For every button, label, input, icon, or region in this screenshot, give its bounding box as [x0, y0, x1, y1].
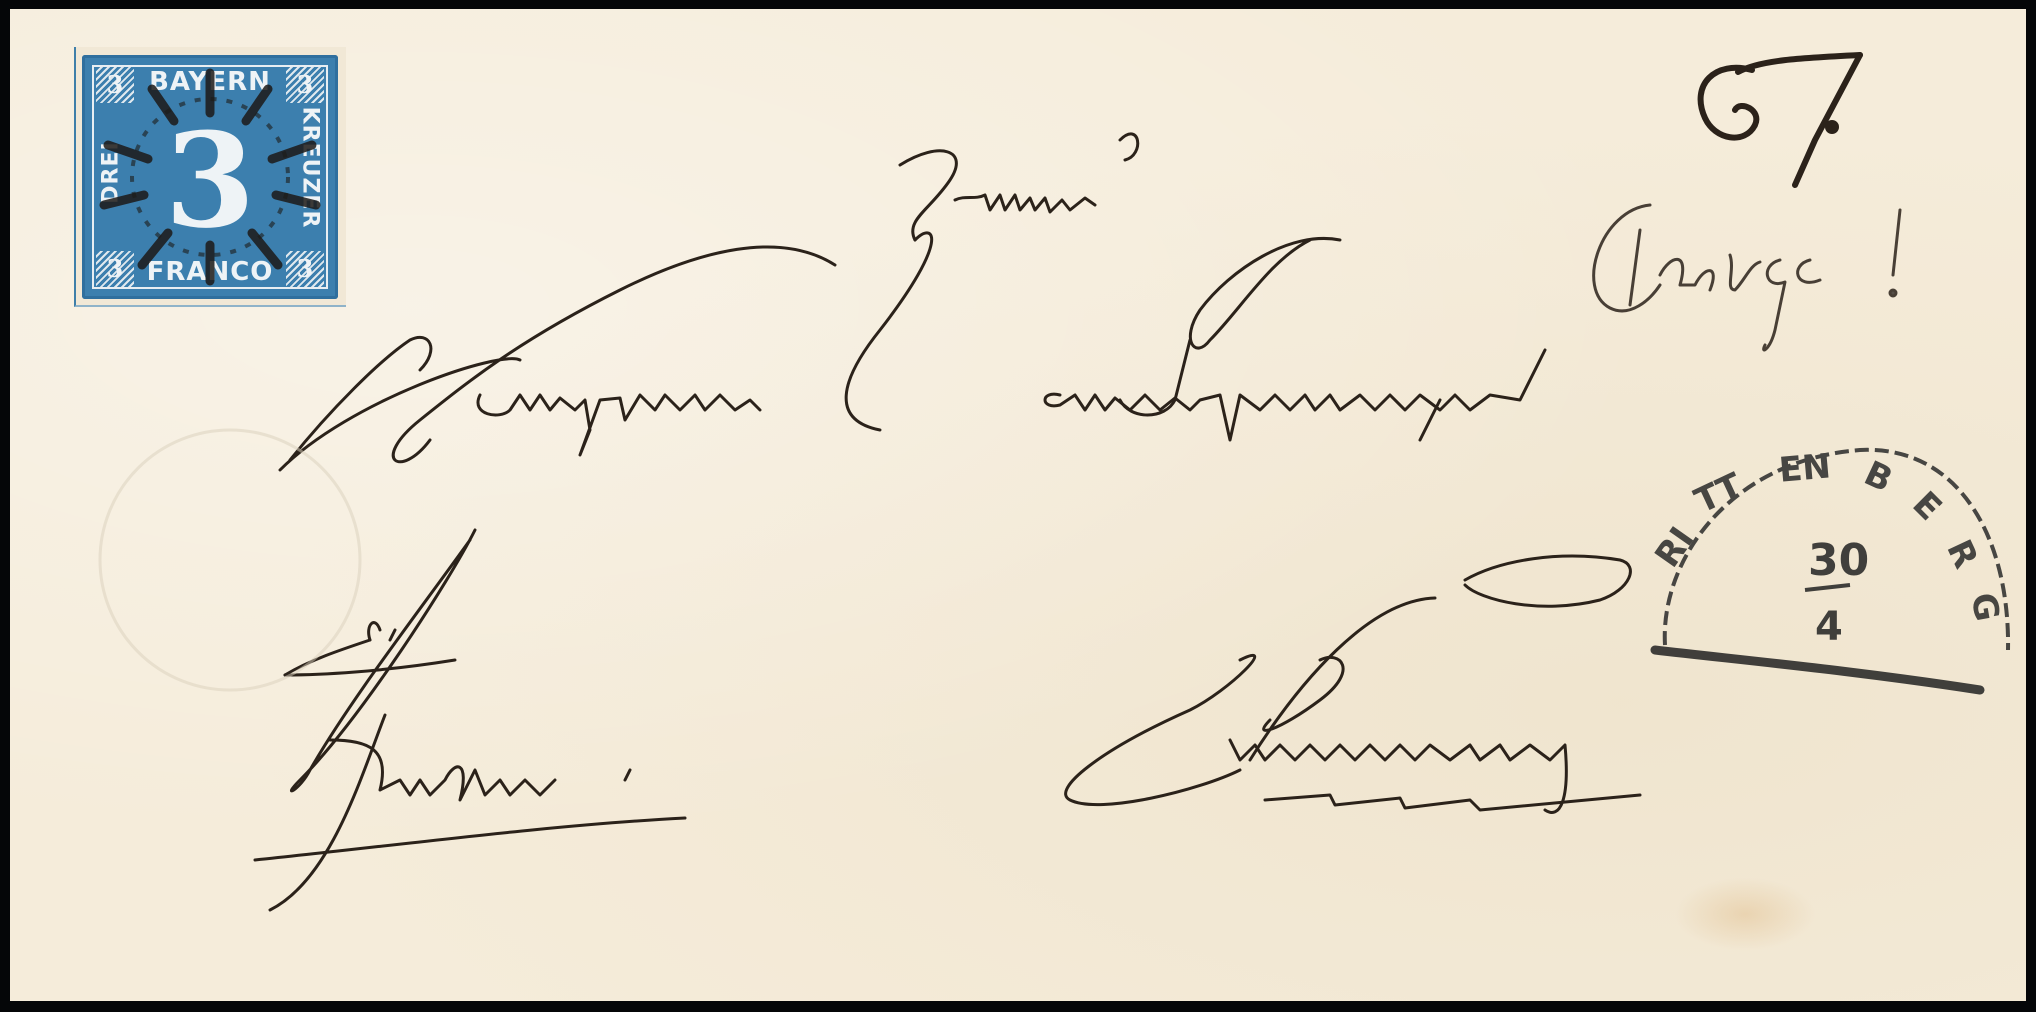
svg-text:4: 4	[1815, 604, 1843, 650]
svg-text:TT: TT	[1689, 465, 1749, 522]
svg-text:30: 30	[1808, 535, 1869, 586]
svg-text:R: R	[1938, 534, 1985, 575]
svg-text:E: E	[1904, 484, 1949, 529]
zum-handwriting-icon	[846, 134, 1138, 430]
landgerichte-handwriting-icon	[1045, 238, 1545, 440]
handwriting-overlay: RI TT EN B E R G 30 4	[0, 0, 2036, 1012]
svg-text:B: B	[1858, 453, 1898, 500]
koniglichen-handwriting-icon	[280, 247, 835, 470]
svg-text:RI: RI	[1647, 520, 1702, 575]
svg-text:EN: EN	[1777, 446, 1832, 490]
postmark-icon: RI TT EN B E R G 30 4	[1647, 446, 2008, 690]
friedenburg-handwriting-icon	[1066, 556, 1640, 812]
st-mark-icon	[1701, 55, 1860, 185]
svg-text:G: G	[1963, 590, 2007, 624]
pfarrkirchen-handwriting-icon	[255, 530, 685, 910]
charge-mark-icon	[1594, 205, 1900, 350]
ghost-postmark-icon	[100, 430, 360, 690]
